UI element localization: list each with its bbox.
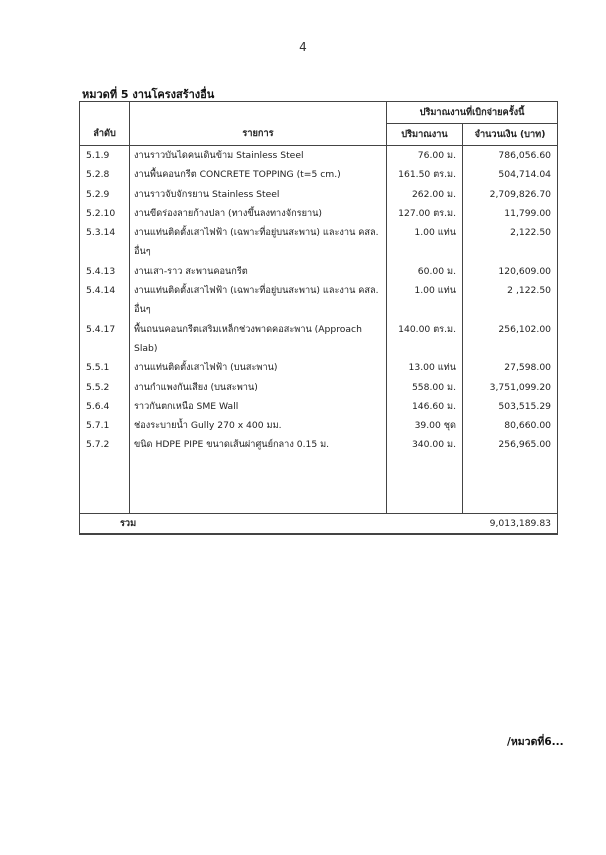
header-item: รายการ — [130, 102, 387, 146]
row-code: 5.4.17 — [80, 320, 130, 359]
row-amount: 2,709,826.70 — [463, 185, 558, 204]
header-quantity: ปริมาณงาน — [387, 124, 463, 146]
row-quantity: 146.60 ม. — [387, 397, 463, 416]
row-quantity: 60.00 ม. — [387, 262, 463, 281]
row-amount: 256,102.00 — [463, 320, 558, 359]
row-code: 5.4.13 — [80, 262, 130, 281]
table-row: 5.2.8งานพื้นคอนกรีต CONCRETE TOPPING (t=… — [80, 165, 558, 184]
row-quantity: 262.00 ม. — [387, 185, 463, 204]
row-quantity: 76.00 ม. — [387, 146, 463, 166]
row-amount: 2 ,122.50 — [463, 281, 558, 320]
row-description: ขนิด HDPE PIPE ขนาดเส้นผ่าศูนย์กลาง 0.15… — [130, 435, 387, 454]
row-amount: 11,799.00 — [463, 204, 558, 223]
table-row: 5.1.9งานราวบันไดคนเดินข้าม Stainless Ste… — [80, 146, 558, 166]
work-quantity-table: ลำดับ รายการ ปริมาณงานที่เบิกจ่ายครั้งนี… — [79, 101, 558, 535]
table-row: 5.3.14งานแท่นติดตั้งเสาไฟฟ้า (เฉพาะที่อย… — [80, 223, 558, 262]
row-amount: 256,965.00 — [463, 435, 558, 454]
row-code: 5.3.14 — [80, 223, 130, 262]
row-amount: 27,598.00 — [463, 358, 558, 377]
total-row: รวม9,013,189.83 — [80, 513, 558, 534]
table-row: 5.7.1ช่องระบายน้ำ Gully 270 x 400 มม.39.… — [80, 416, 558, 435]
row-description: งานกำแพงกันเสียง (บนสะพาน) — [130, 378, 387, 397]
row-description: ช่องระบายน้ำ Gully 270 x 400 มม. — [130, 416, 387, 435]
continuation-note: /หมวดที่6... — [507, 733, 564, 750]
row-quantity: 140.00 ตร.ม. — [387, 320, 463, 359]
row-code: 5.5.2 — [80, 378, 130, 397]
header-group: ปริมาณงานที่เบิกจ่ายครั้งนี้ — [387, 102, 558, 124]
row-description: ราวกันตกเหนือ SME Wall — [130, 397, 387, 416]
table-row: 5.4.17พื้นถนนคอนกรีตเสริมเหล็กช่วงพาดคอส… — [80, 320, 558, 359]
header-amount: จำนวนเงิน (บาท) — [463, 124, 558, 146]
row-quantity: 161.50 ตร.ม. — [387, 165, 463, 184]
row-amount: 504,714.04 — [463, 165, 558, 184]
row-description: งานราวจับจักรยาน Stainless Steel — [130, 185, 387, 204]
row-code: 5.6.4 — [80, 397, 130, 416]
row-description: งานราวบันไดคนเดินข้าม Stainless Steel — [130, 146, 387, 166]
row-quantity: 39.00 ชุด — [387, 416, 463, 435]
row-quantity: 558.00 ม. — [387, 378, 463, 397]
row-description: งานแท่นติดตั้งเสาไฟฟ้า (บนสะพาน) — [130, 358, 387, 377]
row-code: 5.5.1 — [80, 358, 130, 377]
table-row: 5.5.1งานแท่นติดตั้งเสาไฟฟ้า (บนสะพาน)13.… — [80, 358, 558, 377]
row-quantity: 340.00 ม. — [387, 435, 463, 454]
row-amount: 3,751,099.20 — [463, 378, 558, 397]
row-quantity: 127.00 ตร.ม. — [387, 204, 463, 223]
row-code: 5.2.8 — [80, 165, 130, 184]
row-quantity: 1.00 แท่น — [387, 223, 463, 262]
row-code: 5.2.9 — [80, 185, 130, 204]
row-quantity: 1.00 แท่น — [387, 281, 463, 320]
row-code: 5.2.10 — [80, 204, 130, 223]
row-code: 5.7.2 — [80, 435, 130, 454]
table-row: 5.2.9งานราวจับจักรยาน Stainless Steel262… — [80, 185, 558, 204]
total-label: รวม — [80, 513, 463, 534]
page-number: 4 — [0, 40, 606, 54]
row-description: งานแท่นติดตั้งเสาไฟฟ้า (เฉพาะที่อยู่บนสะ… — [130, 223, 387, 262]
table-row: 5.5.2งานกำแพงกันเสียง (บนสะพาน)558.00 ม.… — [80, 378, 558, 397]
row-amount: 120,609.00 — [463, 262, 558, 281]
table-row: 5.6.4ราวกันตกเหนือ SME Wall146.60 ม.503,… — [80, 397, 558, 416]
table-row: 5.2.10งานขีดร่องลายก้างปลา (ทางขึ้นลงทาง… — [80, 204, 558, 223]
table-row: 5.4.14งานแท่นติดตั้งเสาไฟฟ้า (เฉพาะที่อย… — [80, 281, 558, 320]
table-row: 5.7.2ขนิด HDPE PIPE ขนาดเส้นผ่าศูนย์กลาง… — [80, 435, 558, 454]
row-description: พื้นถนนคอนกรีตเสริมเหล็กช่วงพาดคอสะพาน (… — [130, 320, 387, 359]
row-description: งานเสา-ราว สะพานคอนกรีต — [130, 262, 387, 281]
header-seq: ลำดับ — [80, 102, 130, 146]
row-code: 5.1.9 — [80, 146, 130, 166]
table-row: 5.4.13งานเสา-ราว สะพานคอนกรีต60.00 ม.120… — [80, 262, 558, 281]
row-quantity: 13.00 แท่น — [387, 358, 463, 377]
row-amount: 503,515.29 — [463, 397, 558, 416]
row-description: งานแท่นติดตั้งเสาไฟฟ้า (เฉพาะที่อยู่บนสะ… — [130, 281, 387, 320]
row-amount: 80,660.00 — [463, 416, 558, 435]
row-description: งานขีดร่องลายก้างปลา (ทางขึ้นลงทางจักรยา… — [130, 204, 387, 223]
total-amount: 9,013,189.83 — [463, 513, 558, 534]
row-description: งานพื้นคอนกรีต CONCRETE TOPPING (t=5 cm.… — [130, 165, 387, 184]
row-code: 5.4.14 — [80, 281, 130, 320]
row-amount: 786,056.60 — [463, 146, 558, 166]
row-code: 5.7.1 — [80, 416, 130, 435]
row-amount: 2,122.50 — [463, 223, 558, 262]
